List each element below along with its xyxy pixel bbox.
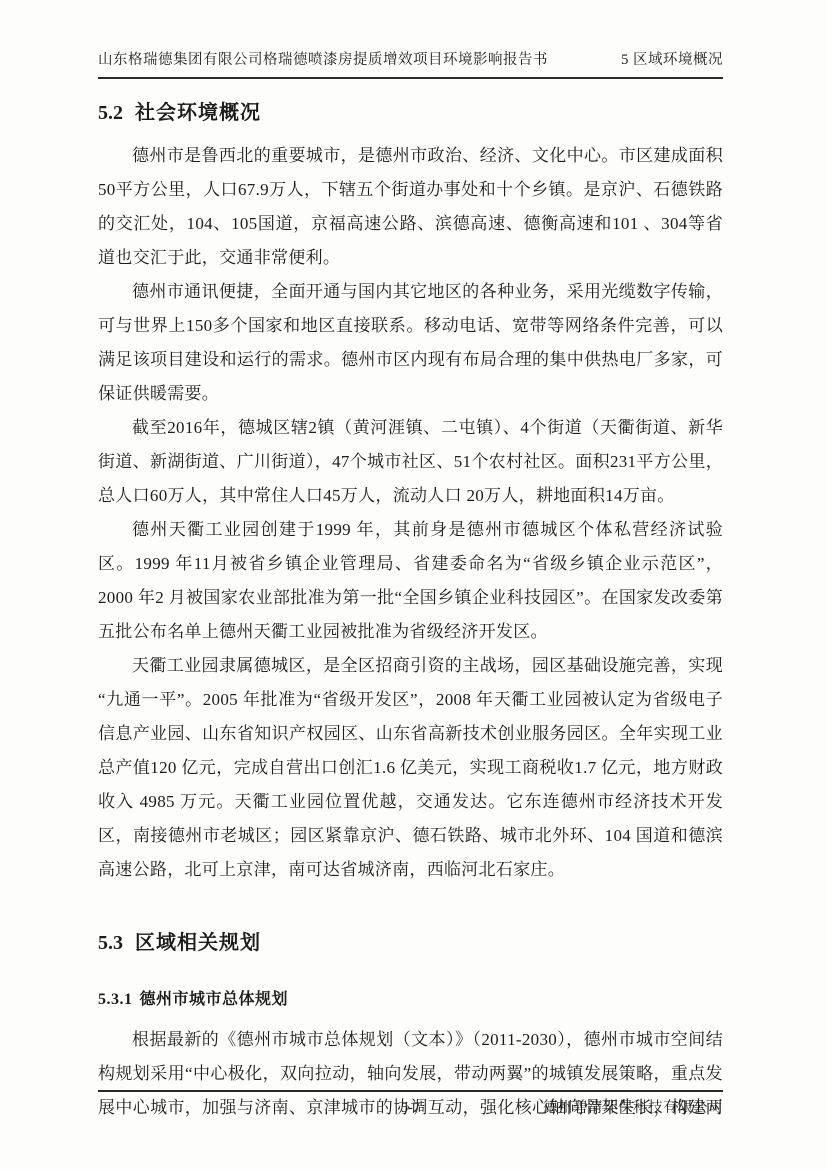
section-number: 5.3: [98, 932, 123, 954]
header-doc-title: 山东格瑞德集团有限公司格瑞德喷漆房提质增效项目环境影响报告书: [98, 50, 548, 70]
section-title: 社会环境概况: [135, 102, 261, 124]
paragraph-industrial-park-history: 德州天衢工业园创建于1999 年，其前身是德州市德城区个体私营经济试验区。199…: [98, 513, 723, 649]
paragraph-industrial-park-economy: 天衢工业园隶属德城区，是全区招商引资的主战场，园区基础设施完善，实现“九通一平”…: [98, 649, 723, 887]
page-footer: 5-7 德州碧清环保科技有限公司: [98, 1090, 723, 1123]
document-page: 山东格瑞德集团有限公司格瑞德喷漆房提质增效项目环境影响报告书 5 区域环境概况 …: [0, 0, 827, 1169]
paragraph-decheng-district: 截至2016年，德城区辖2镇（黄河涯镇、二屯镇）、4个街道（天衢街道、新华街道、…: [98, 411, 723, 513]
header-chapter-label: 5 区域环境概况: [621, 50, 723, 70]
paragraph-city-overview: 德州市是鲁西北的重要城市，是德州市政治、经济、文化中心。市区建成面积50平方公里…: [98, 139, 723, 275]
page-header: 山东格瑞德集团有限公司格瑞德喷漆房提质增效项目环境影响报告书 5 区域环境概况: [98, 50, 723, 79]
section-number: 5.2: [98, 102, 123, 124]
section-heading-5-2: 5.2社会环境概况: [98, 100, 723, 126]
section-title: 区域相关规划: [135, 932, 261, 954]
section-spacer: [98, 887, 723, 909]
page-number: 5-7: [401, 1098, 420, 1118]
subsection-heading-5-3-1: 5.3.1德州市城市总体规划: [98, 989, 723, 1010]
section-5-2-body: 德州市是鲁西北的重要城市，是德州市政治、经济、文化中心。市区建成面积50平方公里…: [98, 139, 723, 887]
paragraph-communications: 德州市通讯便捷，全面开通与国内其它地区的各种业务，采用光缆数字传输，可与世界上1…: [98, 275, 723, 411]
subsection-number: 5.3.1: [98, 991, 133, 1008]
section-heading-5-3: 5.3区域相关规划: [98, 930, 723, 956]
subsection-title: 德州市城市总体规划: [140, 991, 289, 1008]
footer-company: 德州碧清环保科技有限公司: [543, 1098, 723, 1118]
